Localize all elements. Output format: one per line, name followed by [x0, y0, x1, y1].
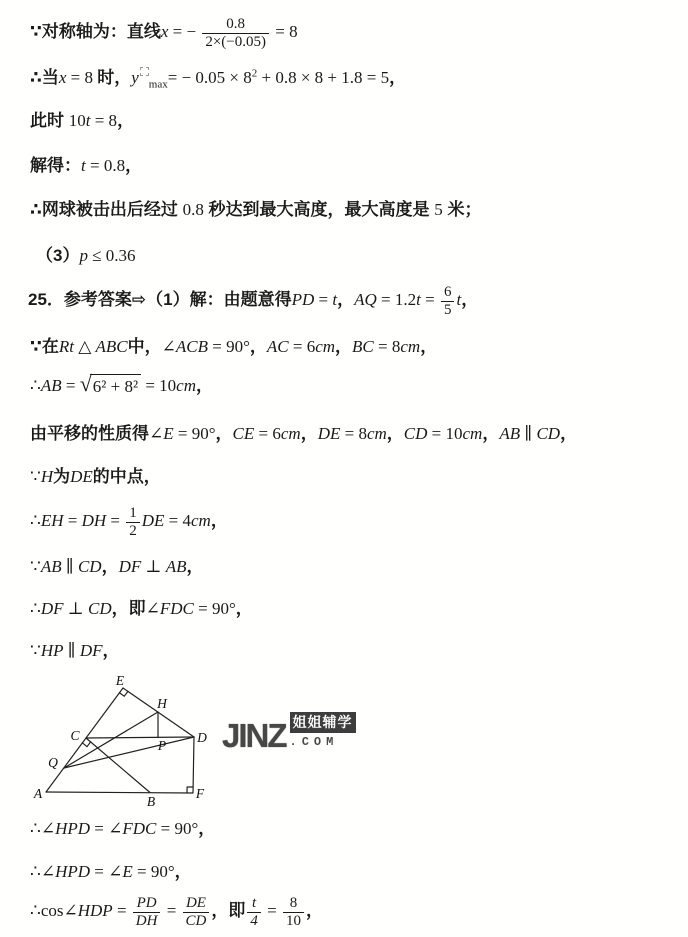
math-text: =	[263, 901, 281, 920]
math-var: CD	[536, 424, 560, 443]
math-var: cm	[400, 337, 420, 356]
text-cn: ，	[461, 290, 478, 309]
math-text: ⊥	[64, 599, 89, 618]
text-cn: ，	[198, 819, 215, 838]
math-var: DH	[82, 511, 107, 530]
text-cn: ，	[175, 862, 192, 881]
text-cn: ，	[387, 424, 404, 443]
point-label-H: H	[156, 696, 168, 711]
solution-line: ∴EH = DH = 12DE = 4cm，	[30, 505, 228, 539]
math-var: CD	[78, 557, 102, 576]
math-text: ∥	[520, 424, 536, 443]
math-var: AB	[41, 557, 62, 576]
solution-line: 由平移的性质得∠E = 90°，CE = 6cm，DE = 8cm，CD = 1…	[30, 423, 577, 444]
fraction: t4	[247, 895, 261, 929]
fraction-denominator: 2×(−0.05)	[202, 33, 269, 51]
math-text: = 90°	[208, 337, 250, 356]
fraction-denominator: 10	[283, 912, 304, 930]
math-var: FDC	[160, 599, 194, 618]
math-var: PD	[292, 290, 315, 309]
solution-line: ∴网球被击出后经过 0.8 秒达到最大高度，最大高度是 5 米；	[30, 199, 482, 220]
fraction: 0.82×(−0.05)	[202, 16, 269, 50]
solution-line: ∴DF ⊥ CD，即∠FDC = 90°，	[30, 598, 253, 619]
math-text: =	[64, 511, 82, 530]
solution-line: ∴AB = √6² + 8² = 10cm，	[30, 374, 213, 397]
math-text: ∥	[62, 557, 78, 576]
math-text: = 8	[271, 22, 298, 41]
text-cn: ，	[337, 290, 354, 309]
math-var: AC	[267, 337, 289, 356]
text-cn: 25．参考答案⇨（1）解：由题意得	[28, 290, 292, 309]
fraction-denominator: 5	[441, 301, 455, 319]
solution-line: ∴cos∠HDP = PDDH = DECD，即t4 = 810，	[30, 895, 323, 929]
math-var: Rt	[59, 337, 74, 356]
math-var: p	[79, 246, 88, 265]
right-angle-mark-C	[82, 742, 90, 747]
math-var: DF	[80, 641, 103, 660]
math-text: = 90°	[133, 862, 175, 881]
point-label-C: C	[70, 728, 80, 743]
math-var: AQ	[354, 290, 377, 309]
solution-line: ∴∠HPD = ∠FDC = 90°，	[30, 818, 215, 839]
text-cn: 中，	[128, 337, 162, 356]
math-text: = 8	[66, 68, 97, 87]
segment-DF	[193, 737, 194, 793]
fraction-numerator: 8	[283, 895, 304, 912]
math-var: AB	[41, 376, 62, 395]
segment-AF	[46, 792, 193, 793]
text-cn: ，	[102, 557, 119, 576]
text-cn: ，即	[112, 599, 146, 618]
math-text: ∵	[30, 641, 41, 660]
math-text: ∥	[64, 641, 80, 660]
text-cn: 的中点，	[93, 467, 161, 486]
fraction-denominator: DH	[133, 912, 161, 930]
text-cn: ，	[211, 511, 228, 530]
math-text: ∠	[149, 424, 163, 443]
math-text: ∠	[146, 599, 160, 618]
point-label-F: F	[195, 786, 205, 801]
fraction-numerator: t	[247, 895, 261, 912]
math-var: DE	[70, 467, 93, 486]
solution-line: ∵对称轴为：直线x = − 0.82×(−0.05) = 8	[30, 16, 298, 50]
math-var: cm	[315, 337, 335, 356]
text-cn: ，	[117, 111, 134, 130]
text-cn: ，	[420, 337, 437, 356]
math-text: ∴cos∠	[30, 901, 78, 920]
figure-lines	[46, 688, 194, 793]
math-var: CD	[404, 424, 428, 443]
math-text: =	[106, 511, 124, 530]
math-text: = − 0.05 × 8	[168, 68, 252, 87]
point-label-B: B	[147, 794, 155, 809]
point-label-Q: Q	[48, 755, 58, 770]
solution-line: ∵HP ∥ DF，	[30, 640, 120, 661]
fraction-numerator: 1	[126, 505, 140, 522]
text-cn: ∵在	[30, 337, 59, 356]
solution-line: 此时 10t = 8，	[30, 110, 134, 131]
watermark-right-block: 姐姐辅学 .COM	[290, 712, 356, 750]
math-var: cm	[367, 424, 387, 443]
watermark-cn-text: 姐姐辅学	[290, 712, 356, 733]
solution-line: （3）p ≤ 0.36	[36, 245, 136, 266]
point-label-D: D	[196, 730, 207, 745]
math-text: = 90°	[194, 599, 236, 618]
right-angle-mark-F	[187, 787, 193, 793]
text-cn: ，	[250, 337, 267, 356]
math-var: cm	[176, 376, 196, 395]
math-text: = 10	[141, 376, 176, 395]
math-var: FDC	[122, 819, 156, 838]
text-cn: ∴网球被击出后经过	[30, 200, 183, 219]
text-cn: ∵对称轴为：直线	[30, 22, 161, 41]
math-text: = 6	[254, 424, 281, 443]
math-text: = 10	[427, 424, 462, 443]
math-text: ∴	[30, 376, 41, 395]
fraction: 810	[283, 895, 304, 929]
math-text: = −	[168, 22, 200, 41]
math-var: HPD	[55, 862, 90, 881]
text-cn: 秒达到最大高度，最大高度是	[204, 200, 434, 219]
solution-line: ∵AB ∥ CD，DF ⊥ AB，	[30, 556, 204, 577]
text-cn: ，	[125, 156, 142, 175]
text-cn: ，	[103, 641, 120, 660]
math-var: DE	[318, 424, 341, 443]
math-var: E	[163, 424, 173, 443]
solution-line: ∵H为DE的中点，	[30, 466, 161, 487]
math-text: = ∠	[90, 862, 122, 881]
text-cn: 时，	[97, 68, 131, 87]
solution-line: 25．参考答案⇨（1）解：由题意得PD = t，AQ = 1.2t = 65t，	[28, 284, 478, 318]
math-var: DF	[119, 557, 142, 576]
math-text: △	[74, 337, 96, 356]
math-text: = 8	[90, 111, 117, 130]
math-var: HDP	[78, 901, 113, 920]
math-text: ∵	[30, 467, 41, 486]
geometry-figure: E H C D P Q A B F	[30, 668, 220, 815]
solution-line: 解得：t = 0.8，	[30, 155, 142, 176]
math-var: cm	[463, 424, 483, 443]
radicand: 6² + 8²	[90, 374, 141, 397]
math-var: BC	[352, 337, 374, 356]
fraction-denominator: 4	[247, 912, 261, 930]
fraction-numerator: PD	[133, 895, 161, 912]
math-var: HP	[41, 641, 64, 660]
text-cn: ，	[216, 424, 233, 443]
point-label-E: E	[115, 673, 125, 688]
fraction-denominator: CD	[183, 912, 210, 930]
fraction: PDDH	[133, 895, 161, 929]
render-artifact-box	[140, 67, 149, 76]
math-var: CE	[233, 424, 255, 443]
text-cn: ，	[196, 376, 213, 395]
text-cn: ，	[482, 424, 499, 443]
math-var: E	[122, 862, 132, 881]
text-cn: ，	[301, 424, 318, 443]
text-cn: ，	[335, 337, 352, 356]
fraction: 65	[441, 284, 455, 318]
math-text: ∴	[30, 599, 41, 618]
text-cn: ，	[389, 68, 406, 87]
math-text: ≤ 0.36	[88, 246, 136, 265]
text-cn: ，	[560, 424, 577, 443]
math-text: =	[113, 901, 131, 920]
square-root: √6² + 8²	[80, 374, 141, 397]
math-var: ACB	[176, 337, 208, 356]
math-text: ∴∠	[30, 862, 55, 881]
fraction: DECD	[183, 895, 210, 929]
watermark-domain-suffix: .COM	[290, 735, 356, 750]
fraction-numerator: 6	[441, 284, 455, 301]
text-cn: ，	[306, 901, 323, 920]
math-text: = ∠	[90, 819, 122, 838]
point-label-P: P	[157, 738, 166, 753]
math-text: = 90°	[156, 819, 198, 838]
math-text: ∴	[30, 511, 41, 530]
math-text: = 0.8	[86, 156, 125, 175]
solution-line: ∵在Rt △ ABC中，∠ACB = 90°，AC = 6cm，BC = 8cm…	[30, 336, 437, 357]
math-text: ⊥	[141, 557, 166, 576]
math-text: = 6	[289, 337, 316, 356]
fraction-numerator: 0.8	[202, 16, 269, 33]
math-text: + 0.8 × 8 + 1.8 = 5	[257, 68, 389, 87]
math-text: = 4	[164, 511, 191, 530]
math-text: =	[62, 376, 80, 395]
text-cn: ，	[236, 599, 253, 618]
text-cn: （3）	[36, 246, 79, 265]
math-var: EH	[41, 511, 64, 530]
math-var: AB	[499, 424, 520, 443]
segment-CD	[86, 737, 194, 738]
point-label-A: A	[33, 786, 43, 801]
math-var: cm	[191, 511, 211, 530]
math-text: = 1.2	[377, 290, 416, 309]
math-var: DE	[142, 511, 165, 530]
text-cn: ，	[187, 557, 204, 576]
math-var: AB	[166, 557, 187, 576]
math-var: H	[41, 467, 53, 486]
watermark-logo: JINZ 姐姐辅学 .COM	[222, 712, 356, 752]
math-text: = 90°	[174, 424, 216, 443]
text-cn: ∴当	[30, 68, 59, 87]
math-var: CD	[88, 599, 112, 618]
fraction-numerator: DE	[183, 895, 210, 912]
document-page: ∵对称轴为：直线x = − 0.82×(−0.05) = 8 ∴当x = 8 时…	[0, 0, 688, 937]
text-cn: ，即	[211, 901, 245, 920]
fraction: 12	[126, 505, 140, 539]
math-text: = 8	[340, 424, 367, 443]
solution-line: ∴∠HPD = ∠E = 90°，	[30, 861, 192, 882]
watermark-brand: JINZ	[222, 719, 286, 752]
math-var: ABC	[96, 337, 128, 356]
solution-line: ∴当x = 8 时，ymax= − 0.05 × 82 + 0.8 × 8 + …	[30, 67, 406, 92]
text-cn: 由平移的性质得	[30, 424, 149, 443]
math-text: ∴∠	[30, 819, 55, 838]
math-var: HPD	[55, 819, 90, 838]
text-cn: 此时	[30, 111, 69, 130]
math-subscript: max	[149, 78, 168, 90]
text-cn: 米；	[443, 200, 482, 219]
math-text: 5	[434, 200, 443, 219]
text-cn: 为	[53, 467, 70, 486]
math-text: =	[421, 290, 439, 309]
segment-CB	[86, 738, 150, 793]
math-text: 10	[69, 111, 86, 130]
math-text: 0.8	[183, 200, 204, 219]
math-var: DF	[41, 599, 64, 618]
math-var: y	[131, 68, 139, 87]
math-text: ∠	[162, 337, 176, 356]
math-text: =	[162, 901, 180, 920]
math-text: = 8	[374, 337, 401, 356]
math-text: =	[314, 290, 332, 309]
fraction-denominator: 2	[126, 522, 140, 540]
text-cn: 解得：	[30, 156, 81, 175]
math-text: ∵	[30, 557, 41, 576]
math-var: cm	[281, 424, 301, 443]
